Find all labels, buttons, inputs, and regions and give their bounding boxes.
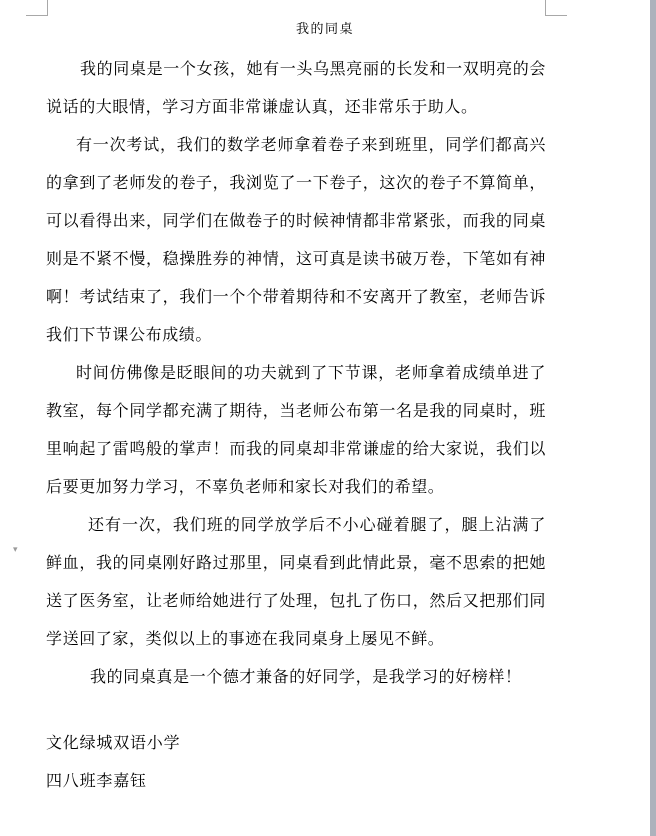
essay-title: 我的同桌 xyxy=(0,20,650,40)
paragraph: 我的同桌是一个女孩，她有一头乌黑亮丽的长发和一双明亮的会说话的大眼情，学习方面非… xyxy=(46,50,546,126)
paragraph: 还有一次，我们班的同学放学后不小心碰着腿了，腿上沾满了鲜血，我的同桌刚好路过那里… xyxy=(46,506,546,658)
window-right-edge xyxy=(650,0,656,836)
signature-block: 文化绿城双语小学 四八班李嘉钰 xyxy=(46,724,546,800)
margin-crop-mark-top-right xyxy=(545,0,567,16)
essay-body: 我的同桌是一个女孩，她有一头乌黑亮丽的长发和一双明亮的会说话的大眼情，学习方面非… xyxy=(46,50,546,696)
paragraph: 我的同桌真是一个德才兼备的好同学，是我学习的好榜样！ xyxy=(46,658,546,696)
signature-class-name: 四八班李嘉钰 xyxy=(46,762,546,800)
margin-marker-icon: ▾ xyxy=(13,546,18,555)
paragraph: 时间仿佛像是眨眼间的功夫就到了下节课，老师拿着成绩单进了教室，每个同学都充满了期… xyxy=(46,354,546,506)
margin-crop-mark-top-left xyxy=(26,0,48,16)
document-page: 我的同桌 我的同桌是一个女孩，她有一头乌黑亮丽的长发和一双明亮的会说话的大眼情，… xyxy=(0,0,656,836)
signature-school: 文化绿城双语小学 xyxy=(46,724,546,762)
paragraph: 有一次考试，我们的数学老师拿着卷子来到班里，同学们都高兴的拿到了老师发的卷子，我… xyxy=(46,126,546,354)
